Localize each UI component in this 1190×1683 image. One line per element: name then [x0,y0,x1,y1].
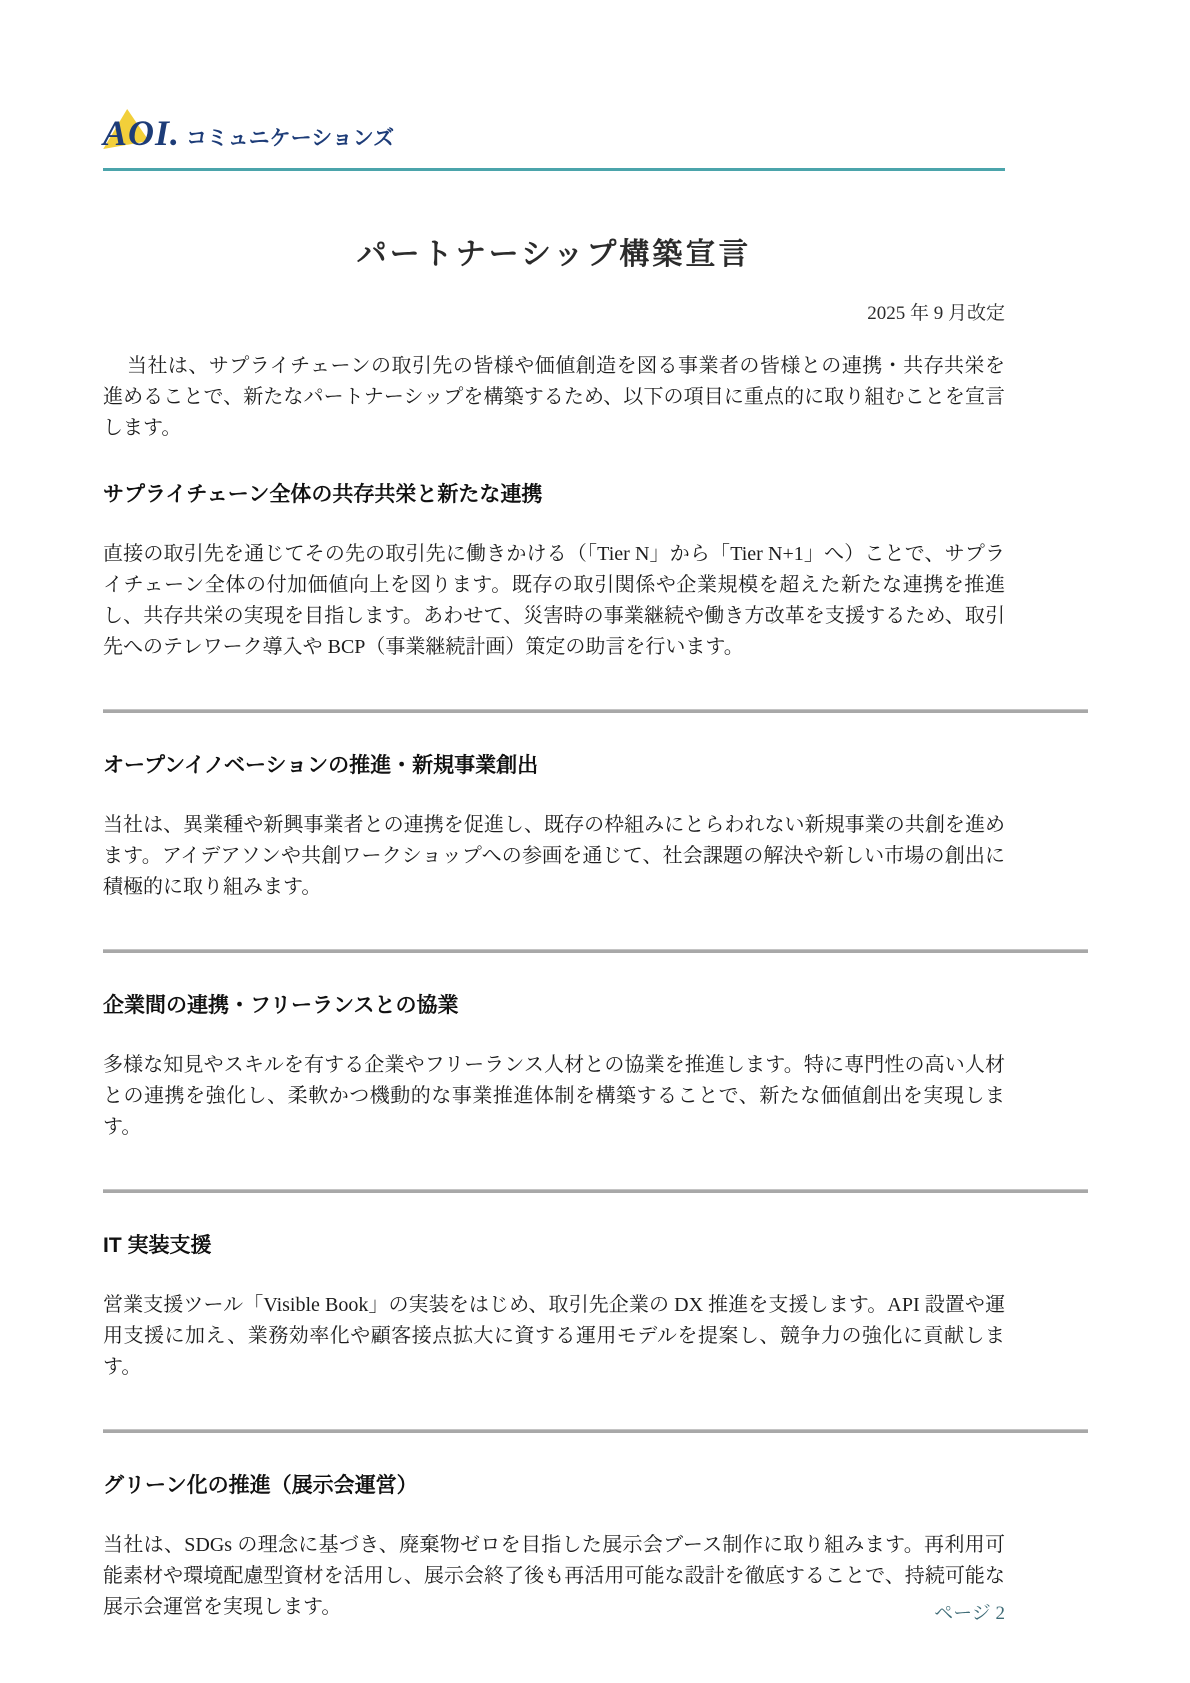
section-body: 当社は、SDGs の理念に基づき、廃棄物ゼロを目指した展示会ブース制作に取り組み… [103,1530,1005,1623]
header-rule [103,168,1005,171]
section-body: 多様な知見やスキルを有する企業やフリーランス人材との協業を推進します。特に専門性… [103,1050,1005,1143]
section-green-promotion: グリーン化の推進（展示会運営） 当社は、SDGs の理念に基づき、廃棄物ゼロを目… [103,1469,1190,1623]
section-divider [103,949,1088,953]
section-heading: 企業間の連携・フリーランスとの協業 [103,989,1005,1019]
section-heading: グリーン化の推進（展示会運営） [103,1469,1005,1499]
section-supply-chain: サプライチェーン全体の共存共栄と新たな連携 直接の取引先を通じてその先の取引先に… [103,478,1190,663]
page-title: パートナーシップ構築宣言 [103,229,1005,273]
section-divider [103,1189,1088,1193]
section-divider [103,709,1088,713]
section-body: 直接の取引先を通じてその先の取引先に働きかける（「Tier N」から「Tier … [103,539,1005,663]
section-freelance-collaboration: 企業間の連携・フリーランスとの協業 多様な知見やスキルを有する企業やフリーランス… [103,989,1190,1143]
section-heading: サプライチェーン全体の共存共栄と新たな連携 [103,478,1005,508]
section-body: 当社は、異業種や新興事業者との連携を促進し、既存の枠組みにとらわれない新規事業の… [103,810,1005,903]
section-heading: IT 実装支援 [103,1229,1005,1259]
page-number: ページ 2 [934,1598,1005,1625]
section-heading: オープンイノベーションの推進・新規事業創出 [103,749,1005,779]
logo-brand-text: AOI. [103,113,180,153]
section-open-innovation: オープンイノベーションの推進・新規事業創出 当社は、異業種や新興事業者との連携を… [103,749,1190,903]
intro-paragraph: 当社は、サプライチェーンの取引先の皆様や価値創造を図る事業者の皆様との連携・共存… [103,351,1005,444]
company-logo: AOI. コミュニケーションズ [103,113,1005,159]
revision-date: 2025 年 9 月改定 [103,298,1005,325]
document-page: AOI. コミュニケーションズ パートナーシップ構築宣言 2025 年 9 月改… [0,0,1190,1623]
logo-suffix-text: コミュニケーションズ [186,122,394,152]
section-body: 営業支援ツール「Visible Book」の実装をはじめ、取引先企業の DX 推… [103,1290,1005,1383]
section-it-support: IT 実装支援 営業支援ツール「Visible Book」の実装をはじめ、取引先… [103,1229,1190,1383]
section-divider [103,1429,1088,1433]
